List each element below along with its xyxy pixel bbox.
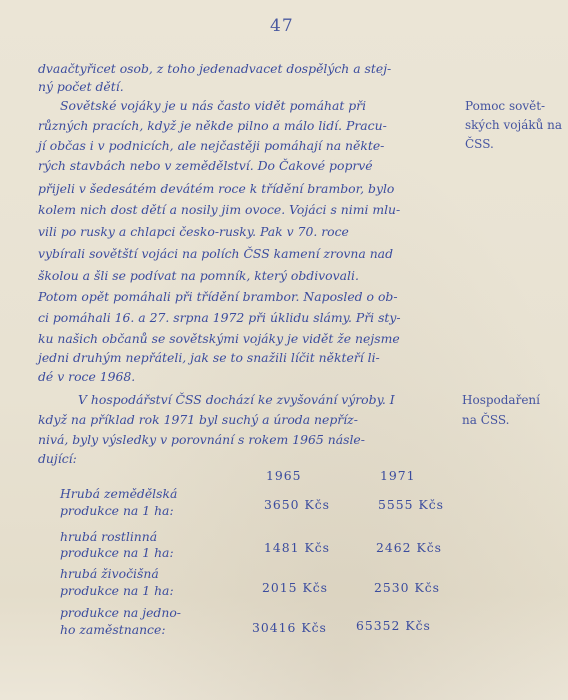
table-row-label: hrubá rostlinná bbox=[60, 530, 157, 544]
table-header-1965: 1965 bbox=[266, 468, 302, 483]
table-cell: 1481 Kčs bbox=[264, 540, 330, 555]
text-line: jí občas i v podnicích, ale nejčastěji p… bbox=[38, 139, 384, 153]
table-cell: 3650 Kčs bbox=[264, 497, 330, 512]
table-row-label: Hrubá zemědělská bbox=[60, 487, 177, 501]
text-line: jedni druhým nepřáteli, jak se to snažil… bbox=[38, 351, 380, 365]
table-cell: 2530 Kčs bbox=[374, 580, 440, 595]
text-line: různých pracích, když je někde pilno a m… bbox=[38, 119, 387, 133]
table-cell: 2462 Kčs bbox=[376, 540, 442, 555]
table-cell: 2015 Kčs bbox=[262, 580, 328, 595]
table-cell: 5555 Kčs bbox=[378, 497, 444, 512]
text-line: Sovětské vojáky je u nás často vidět pom… bbox=[60, 99, 366, 113]
margin-note-line: Pomoc sovět- bbox=[465, 99, 545, 113]
text-line: kolem nich dost dětí a nosily jim ovoce.… bbox=[38, 203, 400, 217]
table-cell: 65352 Kčs bbox=[356, 618, 431, 633]
text-line: dující: bbox=[38, 452, 77, 466]
text-line: nivá, byly výsledky v porovnání s rokem … bbox=[38, 433, 365, 447]
table-header-1971: 1971 bbox=[380, 468, 416, 483]
table-cell: 30416 Kčs bbox=[252, 620, 327, 635]
margin-note-line: na ČSS. bbox=[462, 413, 510, 427]
text-line: rých stavbách nebo v zemědělství. Do Čak… bbox=[38, 159, 373, 173]
table-row-label: produkce na 1 ha: bbox=[60, 546, 174, 560]
text-line: V hospodářství ČSS dochází ke zvyšování … bbox=[78, 393, 395, 407]
text-line: dvaačtyřicet osob, z toho jedenadvacet d… bbox=[38, 62, 391, 76]
page-number: 47 bbox=[270, 16, 294, 36]
table-row-label: produkce na 1 ha: bbox=[60, 504, 174, 518]
table-row-label: ho zaměstnance: bbox=[60, 623, 166, 637]
text-line: ku našich občanů se sovětskými vojáky je… bbox=[38, 332, 400, 346]
text-line: školou a šli se podívat na pomník, který… bbox=[38, 269, 359, 283]
text-line: ci pomáhali 16. a 27. srpna 1972 při úkl… bbox=[38, 311, 401, 325]
text-line: když na příklad rok 1971 byl suchý a úro… bbox=[38, 413, 358, 427]
text-line: dé v roce 1968. bbox=[38, 370, 135, 384]
text-line: vili po rusky a chlapci česko-rusky. Pak… bbox=[38, 225, 349, 239]
table-row-label: produkce na jedno- bbox=[60, 606, 181, 620]
text-line: Potom opět pomáhali při třídění brambor.… bbox=[38, 290, 398, 304]
text-line: přijeli v šedesátém devátém roce k třídě… bbox=[38, 182, 394, 196]
margin-note-line: Hospodaření bbox=[462, 393, 540, 407]
text-line: ný počet dětí. bbox=[38, 80, 124, 94]
table-row-label: hrubá živočišná bbox=[60, 567, 159, 581]
margin-note-line: ČSS. bbox=[465, 137, 494, 151]
text-line: vybírali sovětští vojáci na polích ČSS k… bbox=[38, 247, 393, 261]
margin-note-line: ských vojáků na bbox=[465, 118, 562, 132]
table-row-label: produkce na 1 ha: bbox=[60, 584, 174, 598]
